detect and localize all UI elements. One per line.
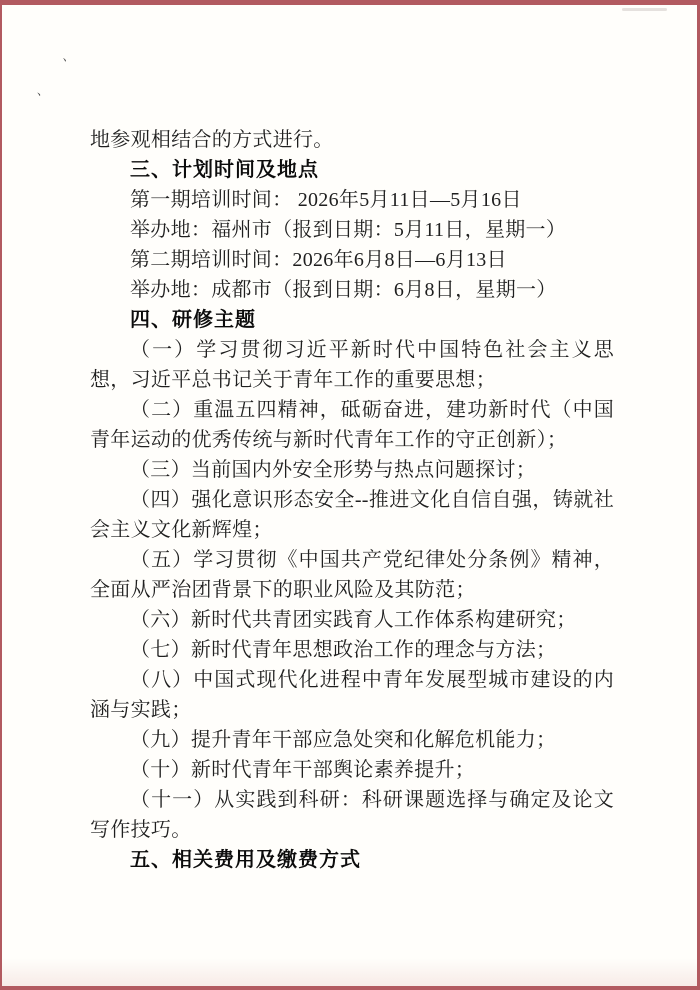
body-paragraph: 第一期培训时间： 2026年5月11日—5月16日 (90, 185, 614, 215)
section-heading: 三、计划时间及地点 (90, 155, 614, 185)
body-paragraph: （八）中国式现代化进程中青年发展型城市建设的内涵与实践； (90, 665, 614, 725)
body-paragraph: （十）新时代青年干部舆论素养提升； (90, 755, 614, 785)
scan-smudge-artifact (622, 8, 667, 11)
body-paragraph: （二）重温五四精神，砥砺奋进，建功新时代（中国青年运动的优秀传统与新时代青年工作… (90, 395, 614, 455)
body-paragraph: （一）学习贯彻习近平新时代中国特色社会主义思想，习近平总书记关于青年工作的重要思… (90, 335, 614, 395)
body-paragraph: （六）新时代共青团实践育人工作体系构建研究； (90, 605, 614, 635)
body-paragraph: （五）学习贯彻《中国共产党纪律处分条例》精神，全面从严治团背景下的职业风险及其防… (90, 545, 614, 605)
scan-artifact-mark: 、 (37, 85, 50, 98)
body-paragraph: 地参观相结合的方式进行。 (90, 125, 614, 155)
scan-artifact-mark: 、 (62, 50, 76, 64)
body-paragraph: （四）强化意识形态安全--推进文化自信自强，铸就社会主义文化新辉煌； (90, 485, 614, 545)
section-heading: 五、相关费用及缴费方式 (90, 845, 614, 875)
body-paragraph: 举办地：成都市（报到日期：6月8日，星期一） (90, 275, 614, 305)
document-content: 地参观相结合的方式进行。三、计划时间及地点第一期培训时间： 2026年5月11日… (90, 125, 614, 875)
section-heading: 四、研修主题 (90, 305, 614, 335)
body-paragraph: 举办地：福州市（报到日期：5月11日，星期一） (90, 215, 614, 245)
body-paragraph: （九）提升青年干部应急处突和化解危机能力； (90, 725, 614, 755)
body-paragraph: （十一）从实践到科研：科研课题选择与确定及论文写作技巧。 (90, 785, 614, 845)
page-edge-shade (2, 958, 697, 986)
body-paragraph: 第二期培训时间：2026年6月8日—6月13日 (90, 245, 614, 275)
document-page: 、 、 地参观相结合的方式进行。三、计划时间及地点第一期培训时间： 2026年5… (0, 0, 700, 990)
body-paragraph: （七）新时代青年思想政治工作的理念与方法； (90, 635, 614, 665)
body-paragraph: （三）当前国内外安全形势与热点问题探讨； (90, 455, 614, 485)
